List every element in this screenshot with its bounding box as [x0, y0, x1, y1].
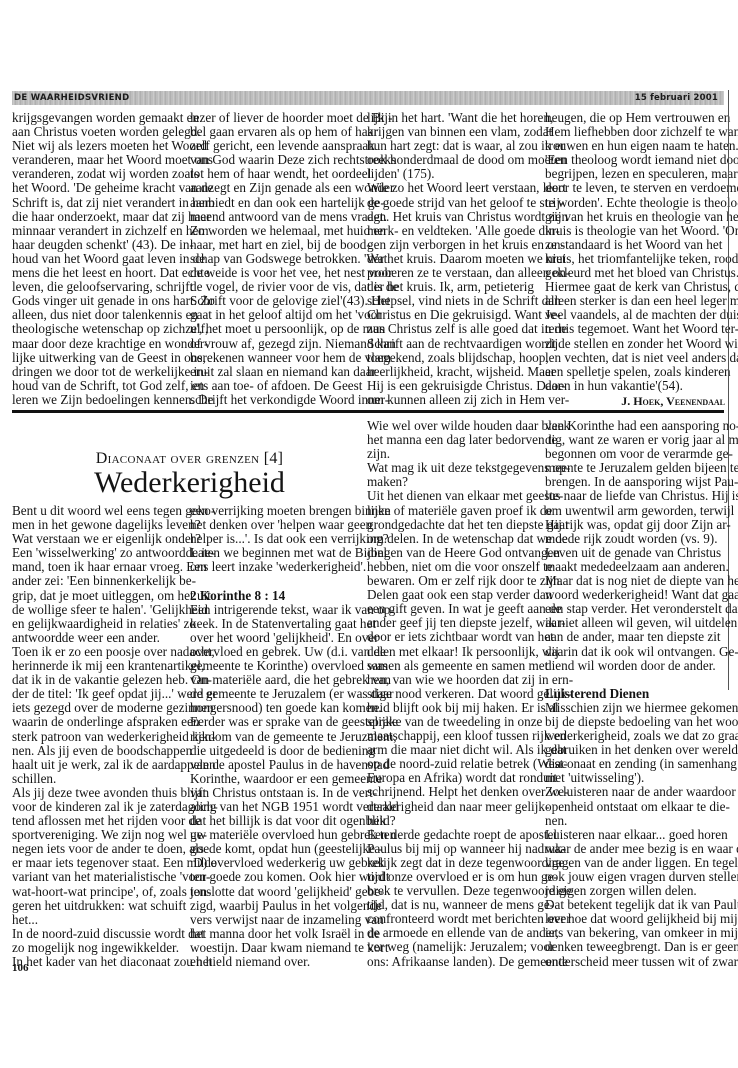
text-line: denken teweegbrengt. Dan is er geen — [545, 940, 738, 954]
text-line: om kunnen alleen zij zich in Hem ver- — [367, 393, 570, 407]
text-line: woord wederkerigheid! Want dat gaat — [545, 588, 738, 602]
text-line: ander geef jij ten diepste jezelf, waar- — [367, 616, 573, 630]
text-line: doen in hun vakantie'(54). — [545, 379, 738, 393]
text-line: Hij rijk was, opdat gij door Zijn ar- — [545, 518, 738, 532]
text-line: men in het gewone dagelijks leven? — [12, 518, 218, 532]
text-line: nen. — [545, 814, 738, 828]
text-line: met 'uitwisseling'). — [545, 771, 738, 785]
text-line: antwoordde weer een ander. — [12, 631, 218, 645]
text-line: Uit het dienen van elkaar met geeste- — [367, 489, 573, 503]
text-line: Zo luisteren naar de ander waardoor er — [545, 785, 738, 799]
text-line: sportvereniging. We zijn nog wel ge- — [12, 828, 218, 842]
text-line: meente te Jeruzalem gelden bijeen te — [545, 461, 738, 475]
text-line: schrijnend. Helpt het denken over we- — [367, 785, 573, 799]
text-line: ik niet alleen wil geven, wil uitdelen — [545, 616, 738, 630]
masthead: De Waarheidsvriend — [12, 93, 129, 103]
text-line: lijke of materiële gaven proef ik de — [367, 504, 573, 518]
text-line: veel vaandels, al de machten der duis- — [545, 308, 738, 322]
text-line: leer hoe dat woord gelijkheid bij mij — [545, 912, 738, 926]
text-line: onderscheid meer tussen wit of zwart, — [545, 955, 738, 969]
text-line: veranderen, zodat wij worden zoals — [12, 167, 215, 181]
text-line: Wat verstaan we er eigenlijk onder? — [12, 532, 218, 546]
text-line: heerlijkheid, kracht, wijsheid. Maar — [367, 365, 570, 379]
text-line: Maar dat is nog niet de diepte van het — [545, 574, 738, 588]
article-title: Wederkerigheid — [12, 466, 367, 500]
text-line: haalt uit je werk, zal ik de aardappelen — [12, 758, 218, 772]
text-line: zus Christus zelf is alle goed dat in de — [367, 322, 570, 336]
text-line: brek te vervullen. Deze tegenwoordige — [367, 884, 573, 898]
page-number: 106 — [12, 962, 29, 974]
text-line: het... — [12, 913, 218, 927]
text-line: heugen, die op Hem vertrouwen en — [545, 111, 738, 125]
text-line: openheid ontstaat om elkaar te die- — [545, 800, 738, 814]
text-line: maar door deze krachtige en wonder- — [12, 337, 215, 351]
text-line: Een derde gedachte roept de apostel — [367, 828, 573, 842]
text-line: mens die het leest en hoort. Dat echte — [12, 266, 215, 280]
text-line: heid blijft ook bij mij haken. Er is al — [367, 701, 573, 715]
text-line: wederkerigheid, zoals we dat zo graag — [545, 729, 738, 743]
text-line: stige nood verkeren. Dat woord gelijk- — [367, 687, 573, 701]
text-line: mand, toen ik haar ernaar vroeg. Een — [12, 560, 218, 574]
text-line: krijgen van binnen een vlam, zodat — [367, 125, 570, 139]
text-line: een stap verder. Het veronderstelt dat — [545, 602, 738, 616]
text-line: der het kruis. Ik, arm, petieterig — [367, 280, 570, 294]
text-line: lijke uitwerking van de Geest in ons, — [12, 351, 215, 365]
text-line: van Korinthe had een aansporing no- — [545, 419, 738, 433]
text-line: Niet wij als lezers moeten het Woord — [12, 139, 215, 153]
text-line: lijk in het hart. 'Want die het horen, — [367, 111, 570, 125]
text-line: merk- en veldteken. 'Alle goede din- — [367, 224, 570, 238]
text-line: vragen van de ander liggen. En tegelijk — [545, 856, 738, 870]
text-line: moede rijk zoudt worden (vs. 9). — [545, 532, 738, 546]
text-line: ons: Afrikaanse landen). De gemeente — [367, 955, 573, 969]
text-line: len vechten, dat is niet veel anders dan — [545, 351, 738, 365]
text-line: maakt mededeelzaam aan anderen. — [545, 560, 738, 574]
text-line: het Woord. 'De geheime kracht van de — [12, 181, 215, 195]
text-line: hen, van wie we hoorden dat zij in ern- — [367, 673, 573, 687]
text-line: grip, dat je moet uitleggen, om het uit — [12, 589, 218, 603]
text-line: zijn. — [367, 447, 573, 461]
text-line: sprake van de tweedeling in onze — [367, 715, 573, 729]
text-line: den. Het kruis van Christus wordt zijn — [367, 210, 570, 224]
text-line: gebruiken in het denken over wereld- — [545, 743, 738, 757]
top-article-column-4: heugen, die op Hem vertrouwen enHem lief… — [545, 111, 738, 393]
text-line: alleen sterker is dan een heel leger met — [545, 294, 738, 308]
text-line: aan de ander, maar ten diepste zit — [545, 630, 738, 644]
text-line: derkerigheid dan naar meer gelijk- — [367, 800, 573, 814]
text-line: het manna een dag later bedorven te — [367, 433, 573, 447]
text-line: kruis, het triomfantelijke teken, rood — [545, 252, 738, 266]
text-line: brengen. In de aansporing wijst Pau- — [545, 475, 738, 489]
text-line: schepsel, vind niets in de Schrift dan — [367, 294, 570, 308]
text-line: Wat mag ik uit deze tekstgegevens op- — [367, 461, 573, 475]
text-line: een gift geven. In wat je geeft aan de — [367, 602, 573, 616]
text-line: op de noord-zuid relatie betrek (West- — [367, 757, 573, 771]
text-line: ze standaard is het Woord van het — [545, 238, 738, 252]
text-line: herinnerde ik mij een krantenartikel, — [12, 659, 218, 673]
text-line: begrijpen, lezen en speculeren, maar — [545, 167, 738, 181]
text-line: en gelijkwaardigheid in relaties' zo — [12, 617, 218, 631]
text-line: Europa en Afrika) wordt dat ronduit — [367, 771, 573, 785]
top-article-column-3: lijk in het hart. 'Want die het horen,kr… — [367, 111, 570, 407]
text-line: dringen we door tot de werkelijke in- — [12, 365, 215, 379]
text-line: iets gezegd over de moderne gezinnen — [12, 701, 218, 715]
text-line: Hiermee gaat de kerk van Christus, die — [545, 280, 738, 294]
text-line: samen als gemeente en samen met — [367, 659, 573, 673]
text-line: die haar onderzoekt, maar dat zij haar — [12, 210, 215, 224]
text-line: gen zijn verborgen in het kruis en on- — [367, 238, 570, 252]
text-line: een spelletje spelen, zoals kinderen — [545, 365, 738, 379]
text-line: aan Christus voeten worden gelegd. — [12, 125, 215, 139]
text-line: Bent u dit woord wel eens tegen geko- — [12, 504, 218, 518]
text-line: daarin dat ik ook wil ontvangen. Ge- — [545, 645, 738, 659]
text-line: houd van de Schrift, tot God zelf, en — [12, 379, 215, 393]
text-line: Misschien zijn we hiermee gekomen — [545, 701, 738, 715]
issue-date: 15 februari 2001 — [635, 93, 724, 103]
text-line: bewaren. Om er zelf rijk door te zijn. — [367, 574, 573, 588]
text-line: ook honderdmaal de dood om moeten — [367, 153, 570, 167]
text-line: de goede strijd van het geloof te strij- — [367, 196, 570, 210]
text-line: Een 'wisselwerking' zo antwoordde ie- — [12, 546, 218, 560]
text-line: gie van het kruis en theologie van het — [545, 210, 738, 224]
author-signature: J. Hoek, Veenendaal — [545, 394, 725, 409]
text-line: Paulus bij mij op wanneer hij nadruk- — [367, 842, 573, 856]
text-line: negen iets voor de ander te doen, als — [12, 842, 218, 856]
text-line: gekleurd met het bloed van Christus. — [545, 266, 738, 280]
subheading: Luisterend Dienen — [545, 687, 738, 701]
text-line: er maar iets tegenover staat. Een milde — [12, 856, 218, 870]
text-line: theologische wetenschap op zichzelf, — [12, 322, 215, 336]
text-line: tend aflossen met het rijden voor de — [12, 814, 218, 828]
text-line: Delen gaat ook een stap verder dan — [367, 588, 573, 602]
text-line: der de titel: 'Ik geef opdat jij...' wer… — [12, 687, 218, 701]
text-line: zo mogelijk nog ingewikkelder. — [12, 941, 218, 955]
top-article-column-1: krijgsgevangen worden gemaakt enaan Chri… — [12, 111, 215, 407]
text-line: In de noord-zuid discussie wordt dat — [12, 927, 218, 941]
text-line: sterk patroon van wederkerigheid ken- — [12, 730, 218, 744]
text-line: krijgsgevangen worden gemaakt en — [12, 111, 215, 125]
text-line: grondgedachte dat het ten diepste gaat — [367, 518, 573, 532]
text-line: Schrift is, dat zij niet verandert in he… — [12, 196, 215, 210]
text-line: zijde stellen en zonder het Woord wil- — [545, 337, 738, 351]
text-line: Als jij deze twee avonden thuis blijft — [12, 786, 218, 800]
text-line: voor de kinderen zal ik je zaterdagoch- — [12, 800, 218, 814]
text-line: alleen, dus niet door talenkennis en — [12, 308, 215, 322]
text-line: tijd onze overvloed er is om hun ge- — [367, 870, 573, 884]
text-line: door te leven, te sterven en verdoemd — [545, 181, 738, 195]
text-line: maatschappij, een kloof tussen rijk en — [367, 729, 573, 743]
text-line: In het kader van het diaconaat zou het — [12, 955, 218, 969]
text-line: Christus en Die gekruisigd. Want Je- — [367, 308, 570, 322]
text-line: om delen. In de wetenschap dat we de — [367, 532, 573, 546]
text-line: Wie zo het Woord leert verstaan, leert — [367, 181, 570, 195]
text-line: ander zei: 'Een binnenkerkelijk be- — [12, 574, 218, 588]
text-line: kelijk zegt dat in deze tegenwoordige — [367, 856, 573, 870]
text-line: waar de ander mee bezig is en waar de — [545, 842, 738, 856]
text-line: te worden'. Echte theologie is theolo- — [545, 196, 738, 210]
text-line: maken? — [367, 475, 573, 489]
text-line: lijden' (175). — [367, 167, 570, 181]
text-line: dig, want ze waren er vorig jaar al mee — [545, 433, 738, 447]
text-line: veranderen, maar het Woord moet ons — [12, 153, 215, 167]
text-line: begonnen om voor de verarmde ge- — [545, 447, 738, 461]
text-line: waarin de onderlinge afspraken een — [12, 715, 218, 729]
bottom-article-column-1: Bent u dit woord wel eens tegen geko-men… — [12, 504, 218, 969]
text-line: Dat betekent tegelijk dat ik van Paulus — [545, 898, 738, 912]
text-line: om uwentwil arm geworden, terwijl — [545, 504, 738, 518]
text-line: tijd, dat is nu, wanneer de mens ge- — [367, 898, 573, 912]
text-line: iets van bekering, van omkeer in mijn — [545, 926, 738, 940]
text-line: diaconaat en zending (in samenhang — [545, 757, 738, 771]
text-line: trouwen en hun eigen naam te haten.' — [545, 139, 738, 153]
text-line: wat-hoort-wat principe', of, zoals jon- — [12, 885, 218, 899]
text-line: proberen ze te verstaan, dan alleen on- — [367, 266, 570, 280]
text-line: toegekend, zoals blijdschap, hoop, — [367, 351, 570, 365]
text-line: nen. Als jij even de boodschappen — [12, 744, 218, 758]
text-line: Hij is een gekruisigde Christus. Daar- — [367, 379, 570, 393]
text-line: schillen. — [12, 772, 218, 786]
running-header: De Waarheidsvriend 15 februari 2001 — [12, 91, 724, 105]
text-line: Toen ik er zo een poosje over nadacht, — [12, 645, 218, 659]
text-line: 'Een theoloog wordt iemand niet door — [545, 153, 738, 167]
text-line: dat ik in de vakantie gelezen heb. On- — [12, 673, 218, 687]
bottom-article-column-3: Wie wel over wilde houden daar bleekhet … — [367, 419, 573, 969]
text-line — [545, 673, 738, 687]
text-line: kruis is theologie van het Woord. 'On- — [545, 224, 738, 238]
text-line: ver weg (namelijk: Jeruzalem; voor — [367, 940, 573, 954]
text-line: minnaar verandert in zichzelf en hem — [12, 224, 215, 238]
text-line: de armoede en ellende van de ander, — [367, 926, 573, 940]
text-line: delen met elkaar! Ik persoonlijk, wij — [367, 645, 573, 659]
text-line: Wie wel over wilde houden daar bleek — [367, 419, 573, 433]
text-line: hun hart zegt: dat is waar, al zou ik er — [367, 139, 570, 153]
text-line: bij de diepste bedoeling van het woord — [545, 715, 738, 729]
text-line: lus naar de liefde van Christus. Hij is — [545, 489, 738, 503]
text-line: Luisteren naar elkaar... goed horen — [545, 828, 738, 842]
text-line: Gods vinger uit genade in ons hart. Zo — [12, 294, 215, 308]
bottom-article-column-4: van Korinthe had een aansporing no-dig, … — [545, 419, 738, 969]
text-line: der het kruis. Daarom moeten we niet — [367, 252, 570, 266]
text-line: arm die maar niet dicht wil. Als ik dat — [367, 743, 573, 757]
text-line: houd van het Woord gaat leven in de — [12, 252, 215, 266]
text-line: leren we Zijn bedoelingen kennen. De — [12, 393, 215, 407]
text-line: ook jouw eigen vragen durven stellen, — [545, 870, 738, 884]
text-line: geren het uitdrukken: wat schuift — [12, 899, 218, 913]
text-line: heid? — [367, 814, 573, 828]
text-line: je eigen zorgen willen delen. — [545, 884, 738, 898]
text-line: leven, die geloofservaring, schrijft — [12, 280, 215, 294]
text-line: dingen van de Heere God ontvangen — [367, 546, 573, 560]
text-line: Hem liefhebben door zichzelf te wan- — [545, 125, 738, 139]
text-line: door er iets zichtbaar wordt van het — [367, 630, 573, 644]
text-line: Schrift aan de rechtvaardigen wordt — [367, 337, 570, 351]
text-line: Leven uit de genade van Christus — [545, 546, 738, 560]
text-line: variant van het materialistische 'voor- — [12, 870, 218, 884]
text-line: ternis tegemoet. Want het Woord ter- — [545, 322, 738, 336]
section-divider — [12, 410, 724, 413]
text-line: confronteerd wordt met berichten over — [367, 912, 573, 926]
text-line: haar deugden schenkt' (43). De in- — [12, 238, 215, 252]
text-line: diend wil worden door de ander. — [545, 659, 738, 673]
text-line: de wollige sfeer te halen'. 'Gelijkheid — [12, 603, 218, 617]
text-line: hebben, niet om die voor onszelf te — [367, 560, 573, 574]
